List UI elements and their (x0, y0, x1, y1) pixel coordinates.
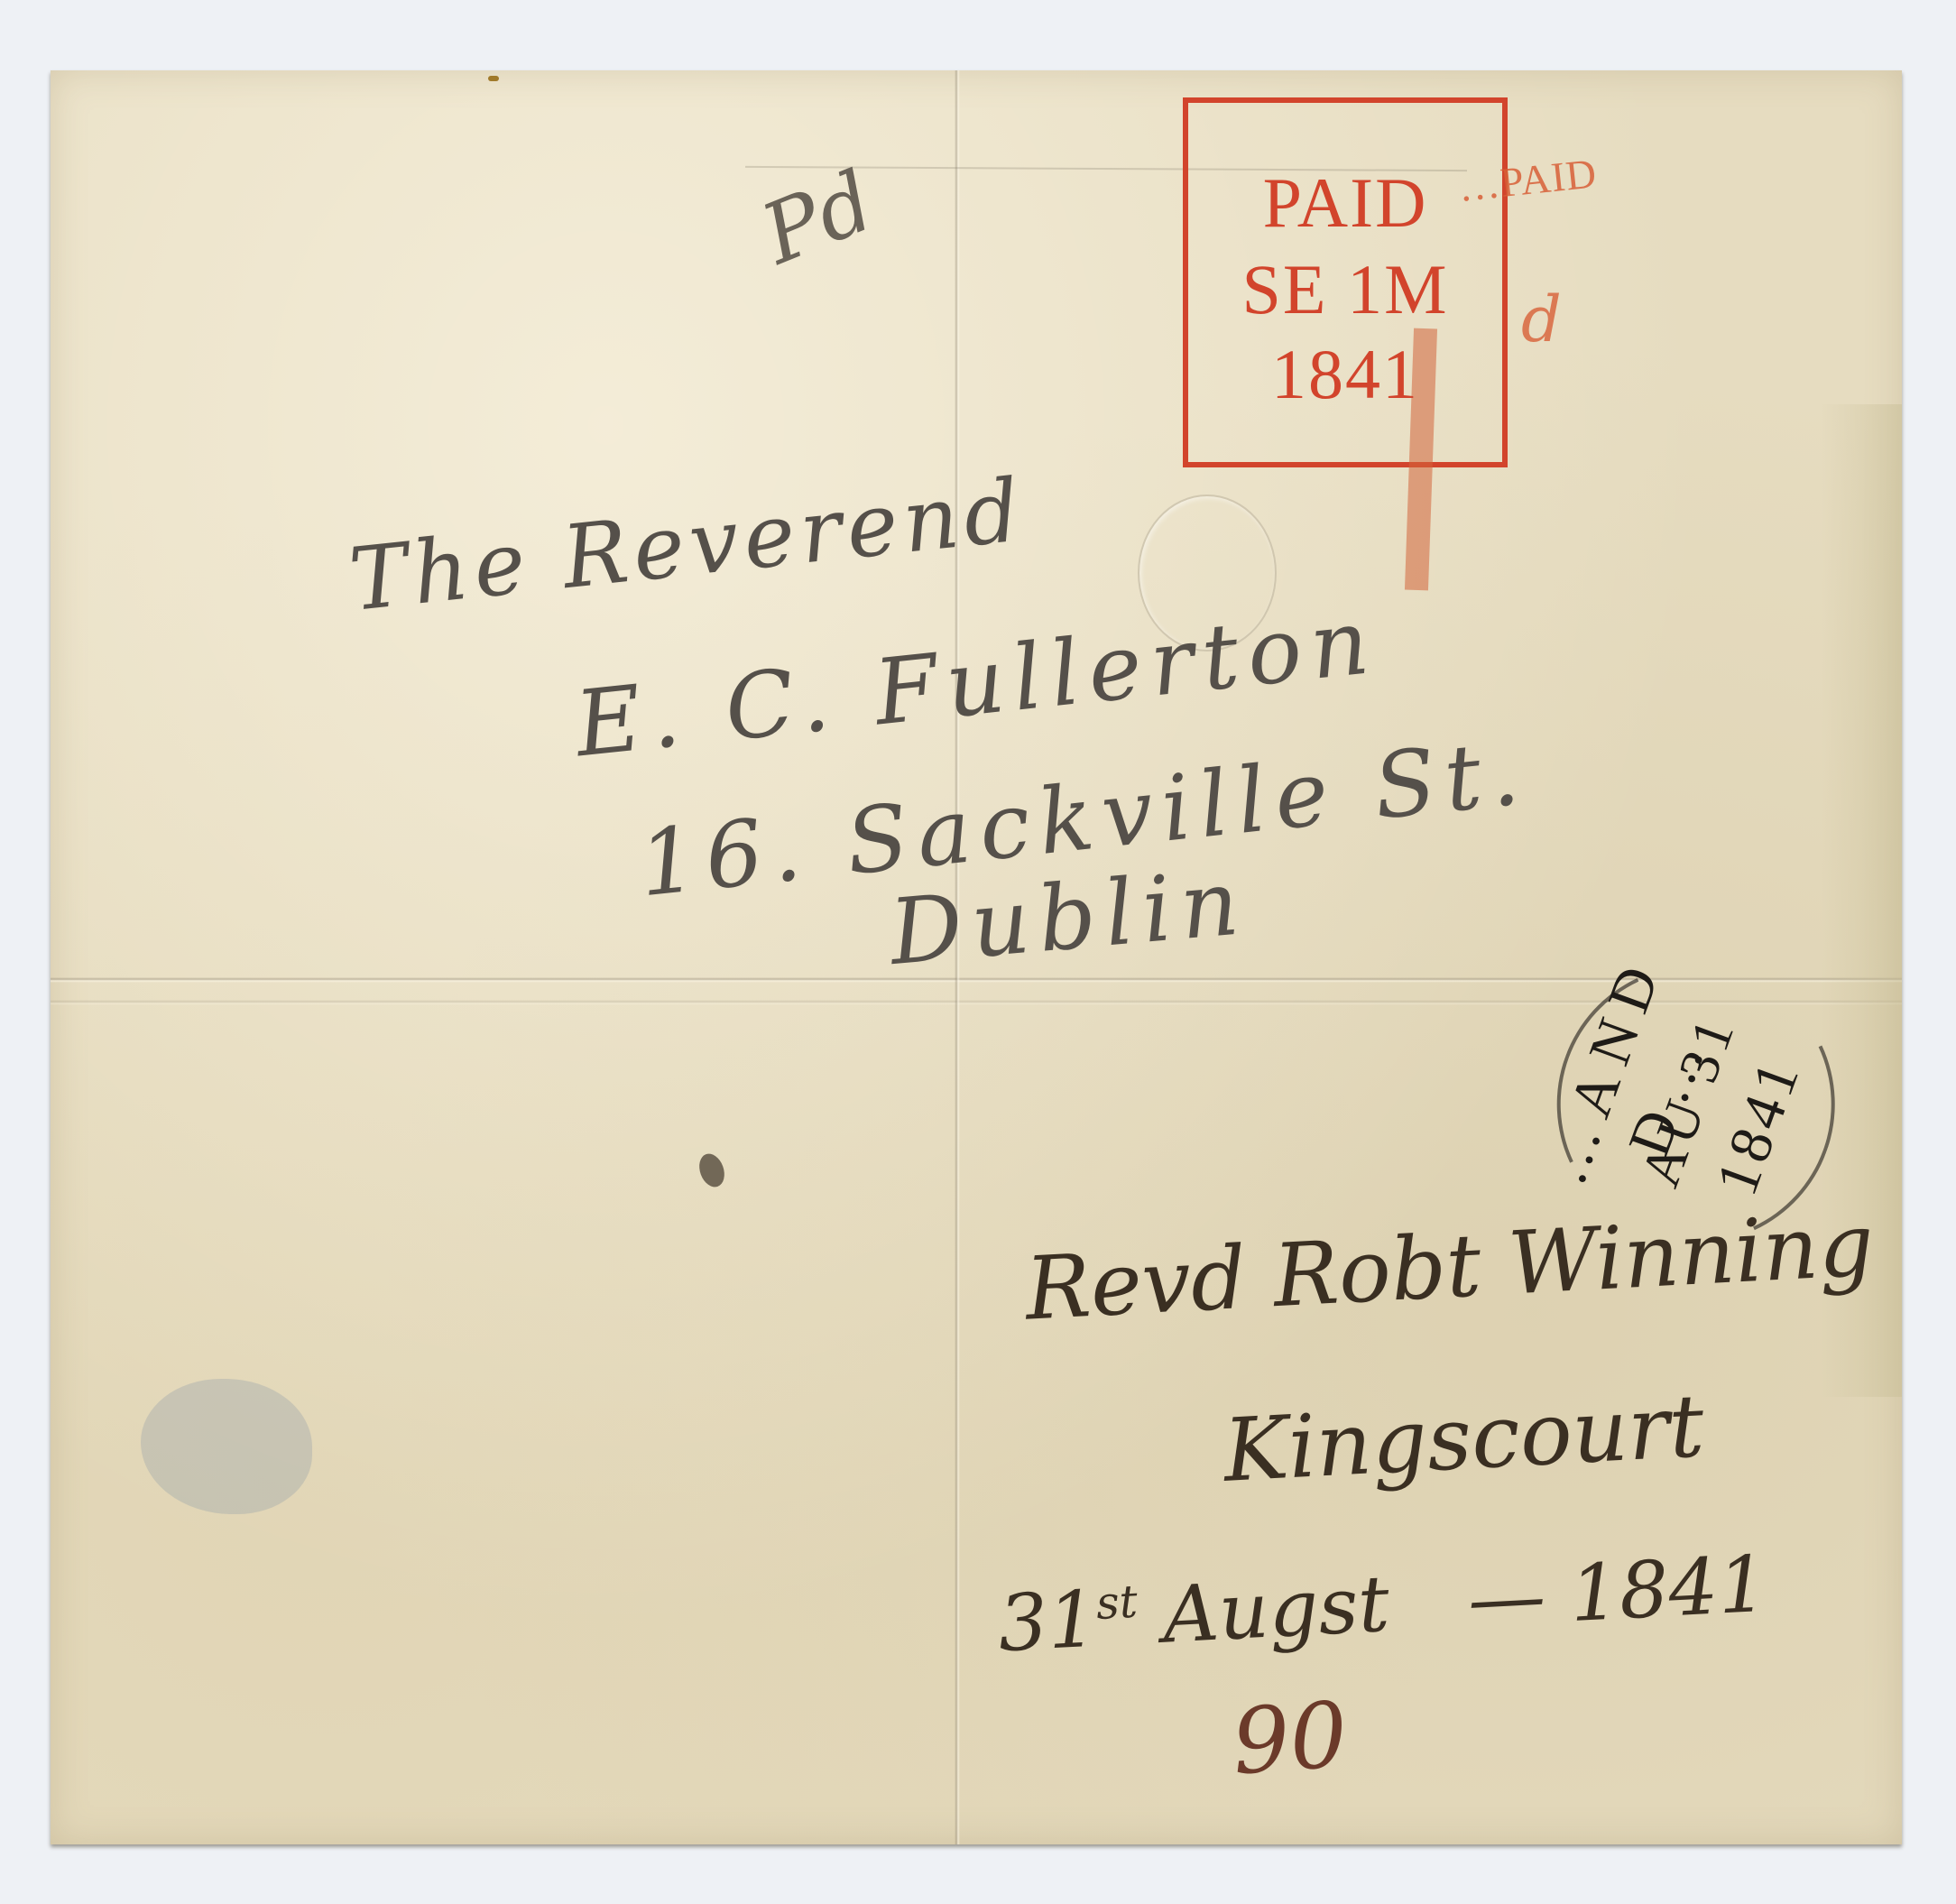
sender-date-suffix: st (1094, 1576, 1139, 1630)
sender-date-day: 31 (996, 1575, 1100, 1670)
gray-stain (141, 1379, 312, 1514)
paid-stamp: PAID SE 1M 1841 (1183, 97, 1508, 467)
sender-date-year: — 1841 (1465, 1539, 1769, 1645)
paid-stamp-line3: 1841 (1188, 339, 1502, 410)
red-manuscript-mark: d (1521, 282, 1562, 356)
letter-sheet: PAID SE 1M 1841 …PAID d Pd The Reverend … (51, 70, 1902, 1844)
manuscript-paid: Pd (749, 153, 886, 282)
sender-name: Revd Robt Winning (1023, 1194, 1877, 1339)
address-line1: The Reverend (345, 459, 1029, 631)
sender-place: Kingscourt (1221, 1375, 1706, 1502)
rate-mark: 90 (1229, 1682, 1351, 1796)
paid-stamp-line1: PAID (1188, 168, 1502, 238)
sender-date: 31st Augst — 1841 (996, 1539, 1769, 1670)
rust-spot (488, 76, 499, 81)
ink-blot (695, 1151, 728, 1191)
sender-date-month: Augst (1160, 1559, 1391, 1661)
paid-stamp-line2: SE 1M (1188, 254, 1502, 325)
